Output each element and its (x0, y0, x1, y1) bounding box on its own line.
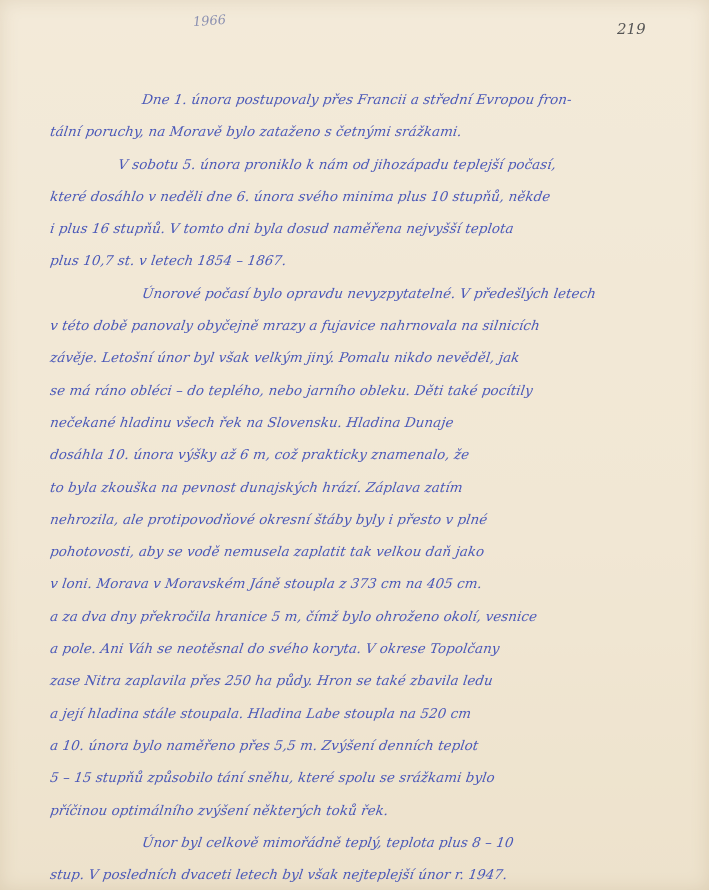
text-line: zase Nitra zaplavila přes 250 ha půdy. H… (48, 666, 653, 698)
text-line: závěje. Letošní únor byl však velkým jin… (48, 343, 653, 375)
text-line: to byla zkouška na pevnost dunajských hr… (48, 473, 653, 505)
text-line: Únor byl celkově mimořádně teplý, teplot… (48, 828, 653, 860)
text-line: nečekané hladinu všech řek na Slovensku.… (48, 408, 653, 440)
text-line: plus 10,7 st. v letech 1854 – 1867. (48, 246, 653, 278)
text-line: a za dva dny překročila hranice 5 m, čím… (48, 602, 653, 634)
text-line: a pole. Ani Váh se neotěsnal do svého ko… (48, 634, 653, 666)
text-line: dosáhla 10. února výšky až 6 m, což prak… (48, 440, 653, 472)
text-line: tální poruchy, na Moravě bylo zataženo s… (48, 117, 653, 149)
text-line: příčinou optimálního zvýšení některých t… (48, 796, 653, 828)
text-line: a její hladina stále stoupala. Hladina L… (48, 699, 653, 731)
text-line: v této době panovaly obyčejně mrazy a fu… (48, 311, 653, 343)
text-line: a 10. února bylo naměřeno přes 5,5 m. Zv… (48, 731, 653, 763)
handwritten-text: Dne 1. února postupovaly přes Francii a … (50, 85, 650, 890)
text-line: Dne 1. února postupovaly přes Francii a … (48, 85, 653, 117)
text-line: 5 – 15 stupňů způsobilo tání sněhu, kter… (48, 763, 653, 795)
chronicle-page: 1966 219 Dne 1. února postupovaly přes F… (0, 0, 709, 890)
text-line: v loni. Morava v Moravském Jáně stoupla … (48, 569, 653, 601)
text-line: které dosáhlo v neděli dne 6. února svéh… (48, 182, 653, 214)
text-line: nehrozila, ale protipovodňové okresní št… (48, 505, 653, 537)
text-line: se má ráno obléci – do teplého, nebo jar… (48, 376, 653, 408)
year-heading: 1966 (193, 13, 227, 30)
text-line: pohotovosti, aby se vodě nemusela zaplat… (48, 537, 653, 569)
text-line: i plus 16 stupňů. V tomto dni byla dosud… (48, 214, 653, 246)
text-line: stup. V posledních dvaceti letech byl vš… (48, 860, 653, 890)
text-line: Únorové počasí bylo opravdu nevyzpytatel… (48, 279, 653, 311)
page-number: 219 (617, 20, 646, 38)
text-line: V sobotu 5. února proniklo k nám od jiho… (48, 150, 653, 182)
